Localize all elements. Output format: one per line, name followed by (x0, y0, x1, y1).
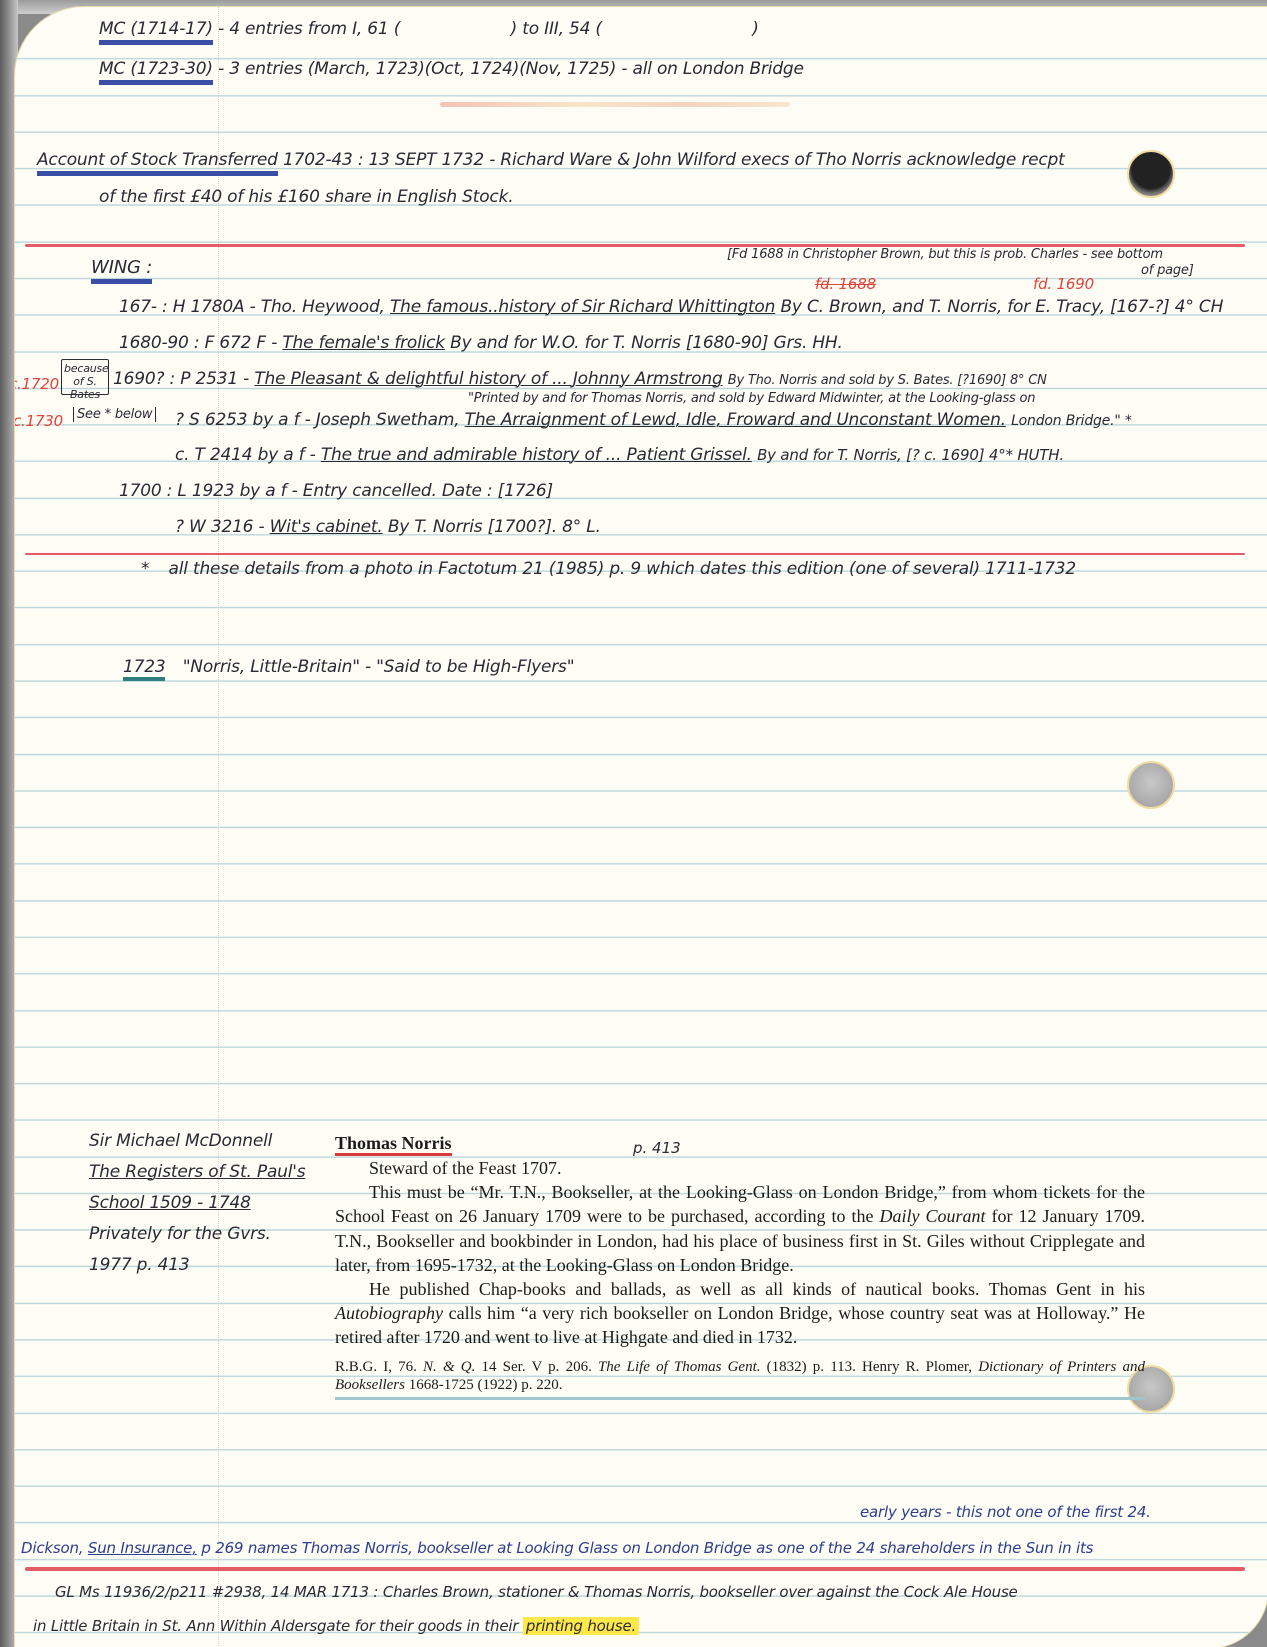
stock-note-line1: Account of Stock Transferred 1702-43 : 1… (37, 150, 1065, 170)
imprint-quote: "Printed by and for Thomas Norris, and s… (468, 391, 1035, 406)
mc-entry-2: MC (1723-30) - 3 entries (March, 1723)(O… (99, 59, 804, 79)
dickson-note: Dickson, Sun Insurance, p 269 names Thom… (21, 1539, 1093, 1557)
red-annotation-fd: fd. 1690 (1033, 275, 1094, 293)
mcdonnell-title-1: The Registers of St. Paul's (89, 1162, 305, 1182)
mcdonnell-title-2: School 1509 - 1748 (89, 1193, 251, 1213)
stock-ref: Account of Stock Transferred (37, 150, 278, 176)
wing-entry-l1923: 1700 : L 1923 by a f - Entry cancelled. … (119, 481, 553, 501)
note-1723: 1723 "Norris, Little-Britain" - "Said to… (123, 657, 574, 677)
notebook-page: MC (1714-17) - 4 entries from I, 61 ( ) … (14, 6, 1267, 1647)
mcdonnell-year-page: 1977 p. 413 (89, 1255, 190, 1275)
clipping-paragraph: Steward of the Feast 1707. (335, 1156, 1145, 1180)
page-note: p. 413 (633, 1139, 681, 1157)
red-annotation-struck: fd. 1688 (815, 275, 876, 293)
wing-entry-p2531: 1690? : P 2531 - The Pleasant & delightf… (113, 369, 1047, 389)
mc-ref: MC (1714-17) (99, 19, 213, 45)
mcdonnell-publisher: Privately for the Gvrs. (89, 1224, 271, 1244)
red-divider (25, 553, 1245, 555)
mc-ref: MC (1723-30) (99, 59, 213, 85)
see-below-note: See * below (73, 407, 156, 422)
margin-date-1730: c.1730 (14, 412, 63, 430)
pasted-clipping: Thomas Norris p. 413 Steward of the Feas… (335, 1133, 1145, 1400)
smudge-mark (440, 102, 790, 107)
clipping-title: Thomas Norris (335, 1133, 452, 1156)
bracket-note: because of S. Bates (61, 359, 109, 395)
punch-hole-top (1127, 150, 1175, 198)
wing-entry-w3216: ? W 3216 - Wit's cabinet. By T. Norris [… (175, 517, 601, 537)
asterisk: * (141, 559, 149, 579)
wing-note-cont: of page] (1141, 263, 1194, 278)
book-title: The famous..history of Sir Richard Whitt… (390, 297, 775, 317)
gl-ms-line2: in Little Britain in St. Ann Within Alde… (33, 1617, 639, 1635)
clipping-paragraph: This must be “Mr. T.N., Bookseller, at t… (335, 1180, 1145, 1277)
note-year: 1723 (123, 657, 165, 681)
wing-heading: WING : (91, 257, 152, 278)
mc-entry-1: MC (1714-17) - 4 entries from I, 61 ( ) … (99, 19, 759, 39)
gl-ms-line1: GL Ms 11936/2/p211 #2938, 14 MAR 1713 : … (55, 1583, 1018, 1601)
margin-line (218, 7, 219, 1647)
margin-date-1720: c.1720 (14, 375, 59, 393)
book-title: The Arraignment of Lewd, Idle, Froward a… (465, 410, 1006, 430)
clipping-body: Steward of the Feast 1707. This must be … (335, 1156, 1145, 1350)
book-title: The female's frolick (282, 333, 445, 353)
red-divider (25, 1567, 1245, 1571)
book-title: Wit's cabinet. (270, 517, 383, 537)
footnote: * all these details from a photo in Fact… (141, 559, 1076, 579)
highlighted-text: printing house. (523, 1617, 639, 1635)
wing-entry-h1780a: 167- : H 1780A - Tho. Heywood, The famou… (119, 297, 1223, 317)
dickson-title: Sun Insurance, (88, 1539, 197, 1557)
wing-entry-f672f: 1680-90 : F 672 F - The female's frolick… (119, 333, 843, 353)
wing-entry-t2414: c. T 2414 by a f - The true and admirabl… (175, 445, 1064, 465)
wing-entry-s6253: ? S 6253 by a f - Joseph Swetham, The Ar… (175, 410, 1132, 430)
book-title: The Pleasant & delightful history of ...… (254, 369, 722, 389)
clipping-paragraph: He published Chap-books and ballads, as … (335, 1277, 1145, 1350)
clipping-references: R.B.G. I, 76. N. & Q. 14 Ser. V p. 206. … (335, 1358, 1145, 1400)
mcdonnell-author: Sir Michael McDonnell (89, 1131, 272, 1151)
punch-hole-middle (1127, 761, 1175, 809)
stock-note-line2: of the first £40 of his £160 share in En… (99, 187, 513, 207)
dickson-above-note: early years - this not one of the first … (860, 1503, 1151, 1521)
wing-note: [Fd 1688 in Christopher Brown, but this … (727, 247, 1163, 262)
book-title: The true and admirable history of ... Pa… (321, 445, 752, 465)
